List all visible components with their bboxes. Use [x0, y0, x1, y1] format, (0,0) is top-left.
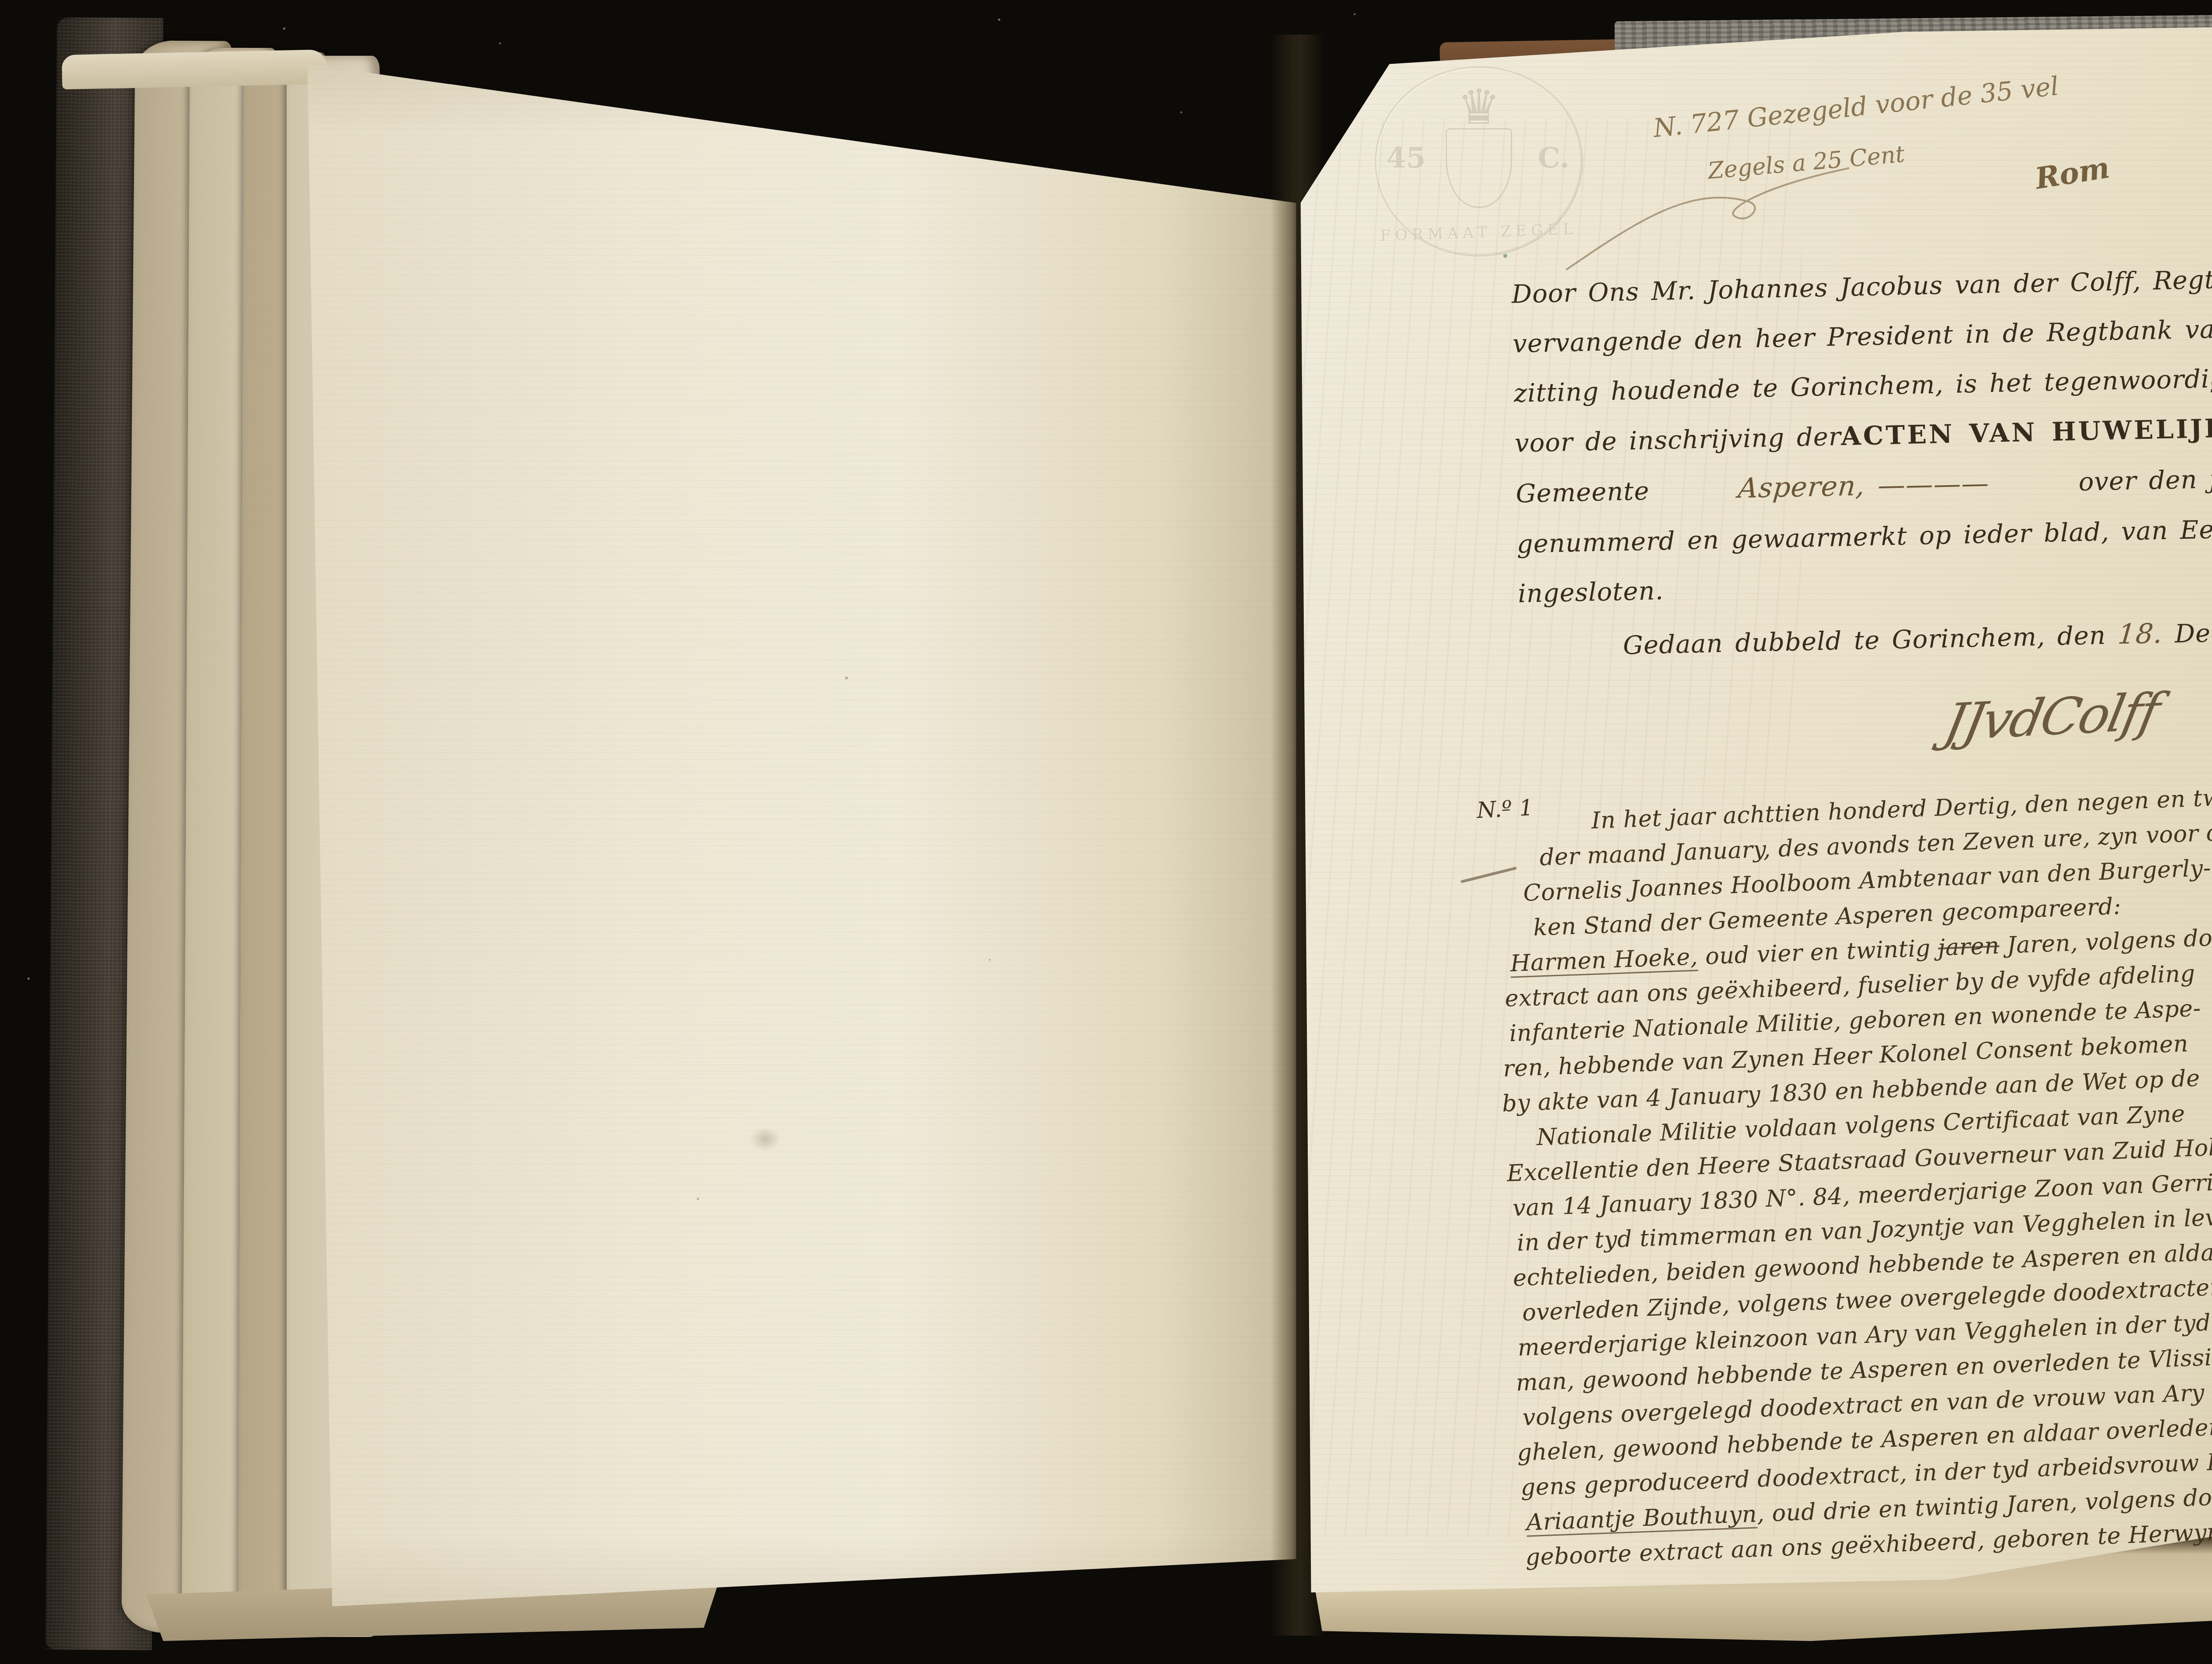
- stamp-value-left: 45: [1386, 142, 1426, 175]
- paper-speck: [845, 677, 848, 679]
- act-segment: Jaren, volgens doop: [1999, 924, 2212, 959]
- dust-speck: [998, 19, 1000, 21]
- struck-word: jaren: [1938, 932, 2000, 961]
- dust-speck: [1180, 111, 1182, 113]
- paper-fleck: [1503, 254, 1507, 258]
- closing-segment: December 1829.: [2174, 615, 2212, 648]
- register-title: ACTEN VAN HUWELIJKEN,: [1840, 402, 2212, 461]
- left-page-top-edge: [61, 50, 328, 90]
- day-handwritten: 18.: [2116, 609, 2165, 659]
- preamble-segment: voor de inschrijving der: [1514, 412, 1842, 468]
- printed-preamble: Door Ons Mr. Johannes Jacobus van der Co…: [1511, 252, 2212, 672]
- municipality-name-handwritten: Asperen, ————: [1736, 458, 1992, 513]
- dust-speck: [499, 42, 501, 44]
- act-entry-handwriting: In het jaar achttien honderd Dertig, den…: [1513, 776, 2212, 1575]
- paper-smudge: [750, 1127, 781, 1151]
- paper-speck: [697, 1198, 699, 1200]
- bride-name: Ariaantje Bouthuyn: [1526, 1501, 1757, 1536]
- left-page-blank: [307, 39, 1296, 1616]
- book-scan: ♛ 45 C. FORMAAT ZEGEL N. 727 Gezegeld vo…: [0, 0, 2212, 1664]
- dust-speck: [283, 27, 285, 30]
- groom-name: Harmen Hoeke,: [1510, 943, 1698, 977]
- act-segment: oud vier en twintig: [1697, 935, 1938, 970]
- preamble-segment: over den jare 1830,: [2078, 452, 2212, 507]
- dust-speck: [1354, 13, 1356, 15]
- closing-segment: Gedaan dubbeld te Gorinchem, den: [1623, 621, 2106, 660]
- preamble-segment: Gemeente: [1515, 466, 1650, 518]
- paper-speck: [989, 959, 991, 961]
- crown-icon: ♛: [1457, 79, 1501, 135]
- dust-speck: [27, 978, 30, 980]
- embossed-revenue-stamp: ♛ 45 C. FORMAAT ZEGEL: [1375, 66, 1583, 257]
- judge-signature: JJvdColff: [1939, 682, 2163, 753]
